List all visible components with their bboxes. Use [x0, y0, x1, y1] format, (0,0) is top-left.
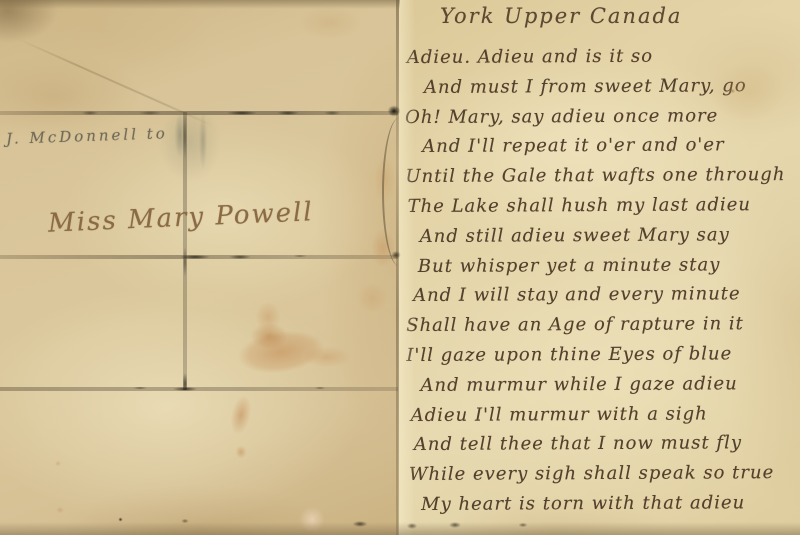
address-page: J. McDonnell to Miss Mary Powell [0, 0, 398, 535]
stain-mark [54, 460, 62, 467]
poem-line: And tell thee that I now must fly [407, 432, 799, 464]
poem-line: And I will stay and every minute [406, 283, 798, 315]
poem-line: Shall have an Age of rapture in it [406, 313, 798, 345]
stain-mark [224, 388, 258, 442]
fold-line-bottom [0, 387, 398, 391]
poem-line: And murmur while I gaze adieu [406, 373, 798, 405]
sender-annotation: J. McDonnell to [6, 124, 168, 148]
letter-photograph: J. McDonnell to Miss Mary Powell York Up… [0, 0, 800, 535]
fold-line-vertical [183, 112, 187, 390]
poem-line: I'll gaze upon thine Eyes of blue [406, 343, 798, 375]
ink-blot [390, 250, 402, 260]
letter-heading: York Upper Canada [440, 4, 682, 28]
stain-mark [55, 506, 65, 514]
ink-blot [386, 104, 402, 118]
stain-mark [234, 444, 248, 460]
addressee-name: Miss Mary Powell [47, 197, 314, 239]
stain-mark [252, 298, 284, 336]
poem-line: And still adieu sweet Mary say [406, 224, 798, 256]
poem-line: While every sigh shall speak so true [407, 462, 799, 494]
poem-line: Adieu I'll murmur with a sigh [407, 403, 799, 435]
stain-mark [352, 278, 392, 318]
poem-line: But whisper yet a minute stay [406, 254, 798, 286]
paper-top-shadow [0, 0, 400, 9]
page-edge-crease [396, 0, 399, 535]
page-edge-highlight [399, 0, 415, 535]
fold-line-middle [0, 255, 398, 259]
stain-mark [729, 88, 736, 94]
poem-line: The Lake shall hush my last adieu [406, 194, 798, 226]
letter-page: York Upper Canada Adieu. Adieu and is it… [398, 0, 800, 535]
stain-mark [298, 344, 356, 370]
paper-bottom-shadow [0, 522, 800, 535]
poem-line: And I'll repeat it o'er and o'er [405, 134, 797, 166]
stain-mark [700, 55, 795, 130]
poem-line: Until the Gale that wafts one through [405, 164, 797, 196]
